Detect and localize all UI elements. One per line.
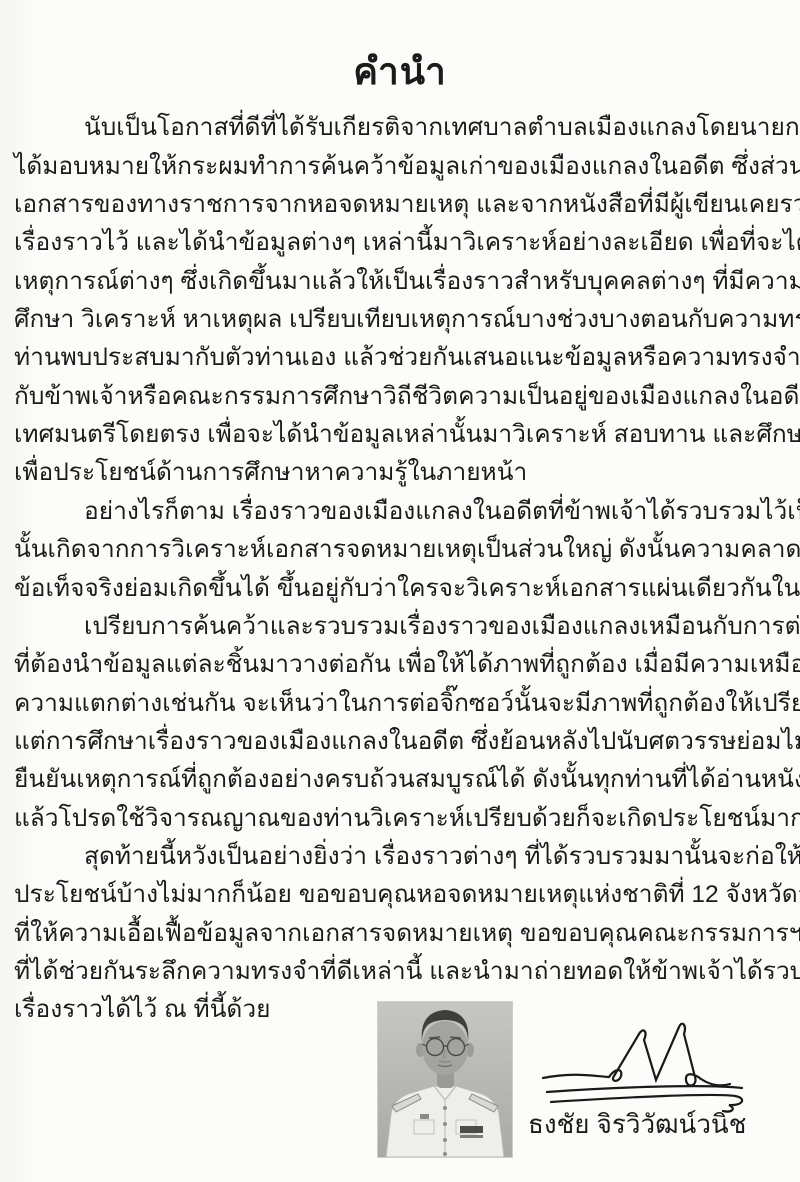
text-line: นั้นเกิดจากการวิเคราะห์เอกสารจดหมายเหตุเ… — [14, 531, 786, 569]
text-line: เรื่องราวไว้ และได้นำข้อมูลต่างๆ เหล่านี… — [14, 224, 786, 262]
signature — [538, 1022, 772, 1118]
body-text: นับเป็นโอกาสที่ดีที่ได้รับเกียรติจากเทศบ… — [14, 109, 786, 1029]
text-line: เทศมนตรีโดยตรง เพื่อจะได้นำข้อมูลเหล่านั… — [14, 416, 786, 454]
text-line: ท่านพบประสบมากับตัวท่านเอง แล้วช่วยกันเส… — [14, 339, 786, 377]
text-line: ความแตกต่างเช่นกัน จะเห็นว่าในการต่อจิ๊ก… — [14, 685, 786, 723]
text-line: ข้อเท็จจริงย่อมเกิดขึ้นได้ ขึ้นอยู่กับว่… — [14, 570, 786, 608]
text-line: ประโยชน์บ้างไม่มากก็น้อย ขอขอบคุณหอจดหมา… — [14, 876, 786, 914]
scanned-preface-page: คำนำ นับเป็นโอกาสที่ดีที่ได้รับเกียรติจา… — [0, 0, 800, 1182]
signature-name: ธงชัย จิรวิวัฒน์วนิช — [528, 1108, 738, 1142]
paragraph: สุดท้ายนี้หวังเป็นอย่างยิ่งว่า เรื่องราว… — [14, 838, 786, 1030]
text-line: ที่ได้ช่วยกันระลึกความทรงจำที่ดีเหล่านี้… — [14, 953, 786, 991]
paragraph: อย่างไรก็ตาม เรื่องราวของเมืองแกลงในอดีต… — [14, 493, 786, 608]
text-line: กับข้าพเจ้าหรือคณะกรรมการศึกษาวิถีชีวิตค… — [14, 378, 786, 416]
text-line: สุดท้ายนี้หวังเป็นอย่างยิ่งว่า เรื่องราว… — [14, 838, 786, 876]
text-line: เหตุการณ์ต่างๆ ซึ่งเกิดขึ้นมาแล้วให้เป็น… — [14, 263, 786, 301]
text-line: นับเป็นโอกาสที่ดีที่ได้รับเกียรติจากเทศบ… — [14, 109, 786, 147]
text-line: แต่การศึกษาเรื่องราวของเมืองแกลงในอดีต ซ… — [14, 723, 786, 761]
text-line: ศึกษา วิเคราะห์ หาเหตุผล เปรียบเทียบเหตุ… — [14, 301, 786, 339]
text-line: เอกสารของทางราชการจากหอจดหมายเหตุ และจาก… — [14, 186, 786, 224]
text-line: ได้มอบหมายให้กระผมทำการค้นคว้าข้อมูลเก่า… — [14, 148, 786, 186]
text-line: เพื่อประโยชน์ด้านการศึกษาหาความรู้ในภายห… — [14, 454, 786, 492]
paragraph: เปรียบการค้นคว้าและรวบรวมเรื่องราวของเมื… — [14, 608, 786, 838]
text-line: ที่ต้องนำข้อมูลแต่ละชิ้นมาวางต่อกัน เพื่… — [14, 646, 786, 684]
text-line: ที่ให้ความเอื้อเฟื้อข้อมูลจากเอกสารจดหมา… — [14, 915, 786, 953]
text-line: แล้วโปรดใช้วิจารณญาณของท่านวิเคราะห์เปรี… — [14, 800, 786, 838]
portrait-photo — [378, 1002, 512, 1157]
text-line: ยืนยันเหตุการณ์ที่ถูกต้องอย่างครบถ้วนสมบ… — [14, 761, 786, 799]
paragraph: นับเป็นโอกาสที่ดีที่ได้รับเกียรติจากเทศบ… — [14, 109, 786, 492]
page-title: คำนำ — [0, 50, 800, 94]
text-line: อย่างไรก็ตาม เรื่องราวของเมืองแกลงในอดีต… — [14, 493, 786, 531]
signature-strokes — [538, 1022, 772, 1118]
text-line: เปรียบการค้นคว้าและรวบรวมเรื่องราวของเมื… — [14, 608, 786, 646]
portrait-photo-graphic — [378, 1002, 512, 1157]
